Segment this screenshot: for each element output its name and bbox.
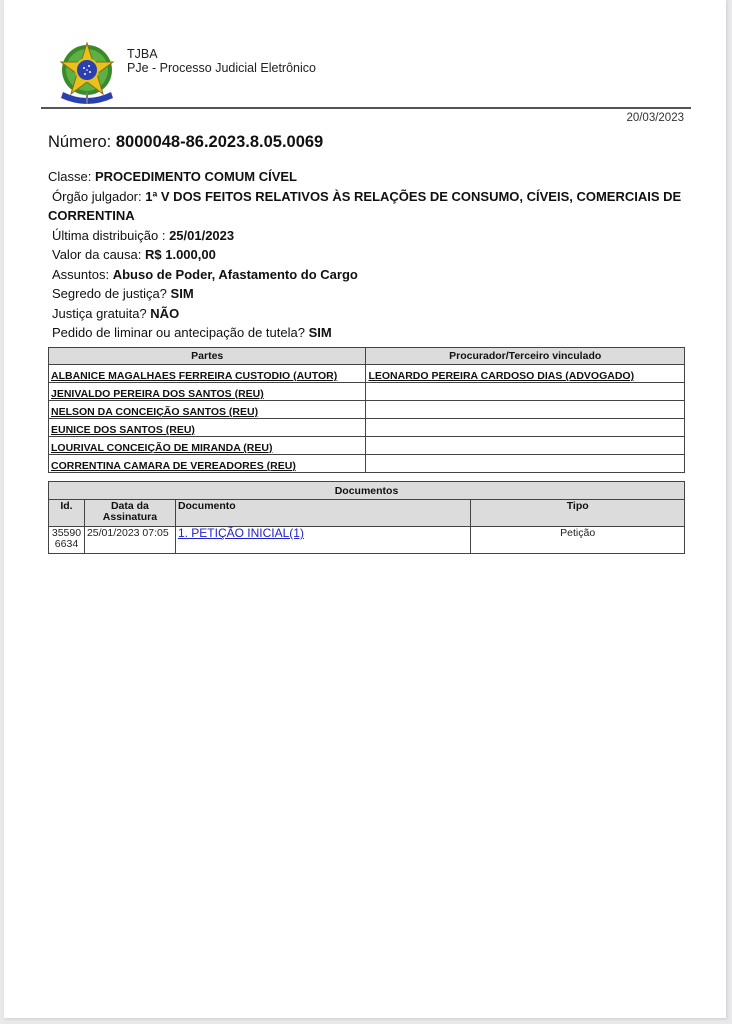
table-row: JENIVALDO PEREIRA DOS SANTOS (REU) xyxy=(49,383,685,401)
document-signature-date: 25/01/2023 07:05 xyxy=(84,527,175,554)
procurador-name: LEONARDO PEREIRA CARDOSO DIAS (ADVOGADO) xyxy=(366,365,685,383)
table-row: ALBANICE MAGALHAES FERREIRA CUSTODIO (AU… xyxy=(49,365,685,383)
field-valor-causa: Valor da causa: R$ 1.000,00 xyxy=(48,245,693,265)
table-row: LOURIVAL CONCEIÇÃO DE MIRANDA (REU) xyxy=(49,437,685,455)
field-pedido-liminar: Pedido de liminar ou antecipação de tute… xyxy=(48,323,693,343)
header-data-assinatura: Data da Assinatura xyxy=(84,500,175,527)
document-page: TJBA PJe - Processo Judicial Eletrônico … xyxy=(4,0,726,1018)
field-segredo-justica: Segredo de justiça? SIM xyxy=(48,284,693,304)
process-number-label: Número: xyxy=(48,133,111,151)
field-assuntos: Assuntos: Abuso de Poder, Afastamento do… xyxy=(48,265,693,285)
header-procurador: Procurador/Terceiro vinculado xyxy=(366,348,685,365)
header-id: Id. xyxy=(49,500,85,527)
header-divider xyxy=(41,107,691,109)
parte-name: LOURIVAL CONCEIÇÃO DE MIRANDA (REU) xyxy=(49,437,366,455)
parte-name: EUNICE DOS SANTOS (REU) xyxy=(49,419,366,437)
documentos-header-row: Id. Data da Assinatura Documento Tipo xyxy=(49,500,685,527)
parte-name: ALBANICE MAGALHAES FERREIRA CUSTODIO (AU… xyxy=(49,365,366,383)
process-details: Classe: PROCEDIMENTO COMUM CÍVEL Órgão j… xyxy=(48,167,693,343)
procurador-name xyxy=(366,383,685,401)
documentos-title-row: Documentos xyxy=(49,482,685,500)
header-documento: Documento xyxy=(175,500,470,527)
system-name: PJe - Processo Judicial Eletrônico xyxy=(127,61,316,75)
parte-name: NELSON DA CONCEIÇÃO SANTOS (REU) xyxy=(49,401,366,419)
table-row: 35590 6634 25/01/2023 07:05 1. PETIÇÃO I… xyxy=(49,527,685,554)
org-short: TJBA xyxy=(127,47,316,61)
documentos-title: Documentos xyxy=(49,482,685,500)
partes-table: Partes Procurador/Terceiro vinculado ALB… xyxy=(48,347,685,473)
print-date: 20/03/2023 xyxy=(626,112,684,124)
document-type: Petição xyxy=(471,527,685,554)
process-number: Número: 8000048-86.2023.8.05.0069 xyxy=(48,133,323,152)
procurador-name xyxy=(366,401,685,419)
table-row: NELSON DA CONCEIÇÃO SANTOS (REU) xyxy=(49,401,685,419)
brazil-coat-of-arms-icon xyxy=(57,40,117,106)
field-ultima-distribuicao: Última distribuição : 25/01/2023 xyxy=(48,226,693,246)
header-tipo: Tipo xyxy=(471,500,685,527)
parte-name: CORRENTINA CAMARA DE VEREADORES (REU) xyxy=(49,455,366,473)
field-orgao-julgador: Órgão julgador: 1ª V DOS FEITOS RELATIVO… xyxy=(48,187,693,226)
documentos-table: Documentos Id. Data da Assinatura Docume… xyxy=(48,481,685,554)
document-id: 35590 6634 xyxy=(49,527,85,554)
parte-name: JENIVALDO PEREIRA DOS SANTOS (REU) xyxy=(49,383,366,401)
procurador-name xyxy=(366,437,685,455)
table-row: CORRENTINA CAMARA DE VEREADORES (REU) xyxy=(49,455,685,473)
document-header: TJBA PJe - Processo Judicial Eletrônico xyxy=(41,36,691,106)
field-classe: Classe: PROCEDIMENTO COMUM CÍVEL xyxy=(48,167,693,187)
organization-name: TJBA PJe - Processo Judicial Eletrônico xyxy=(127,47,316,75)
procurador-name xyxy=(366,419,685,437)
document-cell: 1. PETIÇÃO INICIAL(1) xyxy=(175,527,470,554)
partes-header-row: Partes Procurador/Terceiro vinculado xyxy=(49,348,685,365)
table-row: EUNICE DOS SANTOS (REU) xyxy=(49,419,685,437)
procurador-name xyxy=(366,455,685,473)
header-partes: Partes xyxy=(49,348,366,365)
field-justica-gratuita: Justiça gratuita? NÃO xyxy=(48,304,693,324)
process-number-value: 8000048-86.2023.8.05.0069 xyxy=(116,133,323,151)
document-link[interactable]: 1. PETIÇÃO INICIAL(1) xyxy=(178,526,304,540)
